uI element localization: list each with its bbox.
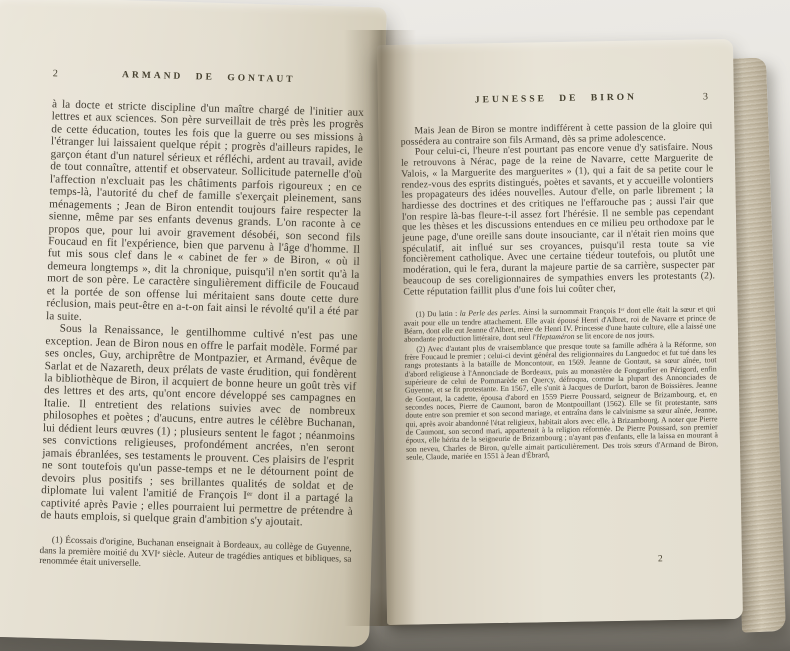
- book-photo: 2 ARMAND DE GONTAUT à la docte et strict…: [0, 0, 790, 651]
- left-page-header: 2 ARMAND DE GONTAUT: [53, 68, 365, 91]
- left-running-header: ARMAND DE GONTAUT: [53, 68, 365, 87]
- footnote-italic-title: l'Heptaméron: [533, 332, 575, 342]
- footnote-text: se lit encore de nos jours.: [574, 331, 654, 341]
- right-page-footnotes: (1) Du latin : la Perle des perles. Ains…: [404, 306, 719, 463]
- right-body-paragraph-2: Pour celui-ci, l'heure n'est pourtant pa…: [401, 143, 716, 298]
- right-footnote-1: (1) Du latin : la Perle des perles. Ains…: [404, 306, 717, 345]
- left-footnote-1: (1) Écossais d'origine, Buchanan enseign…: [39, 534, 352, 574]
- left-body-paragraph-1: à la docte et stricte discipline d'un ma…: [46, 98, 364, 331]
- left-page-footnotes: (1) Écossais d'origine, Buchanan enseign…: [39, 534, 352, 574]
- right-running-header: JEUNESSE DE BIRON: [400, 91, 712, 106]
- right-page-number: 3: [703, 91, 708, 102]
- left-page-body: à la docte et stricte discipline d'un ma…: [40, 98, 364, 530]
- signature-mark: 2: [658, 554, 663, 564]
- right-page-header: JEUNESSE DE BIRON 3: [400, 91, 712, 110]
- left-body-paragraph-2: Sous la Renaissance, le gentilhomme cult…: [40, 322, 357, 530]
- right-footnote-2: (2) Avec d'autant plus de vraisemblance …: [404, 340, 718, 462]
- right-page: JEUNESSE DE BIRON 3 Mais Jean de Biron s…: [377, 39, 743, 625]
- right-page-body: Mais Jean de Biron se montre indifférent…: [400, 121, 715, 298]
- left-page: 2 ARMAND DE GONTAUT à la docte et strict…: [0, 0, 387, 647]
